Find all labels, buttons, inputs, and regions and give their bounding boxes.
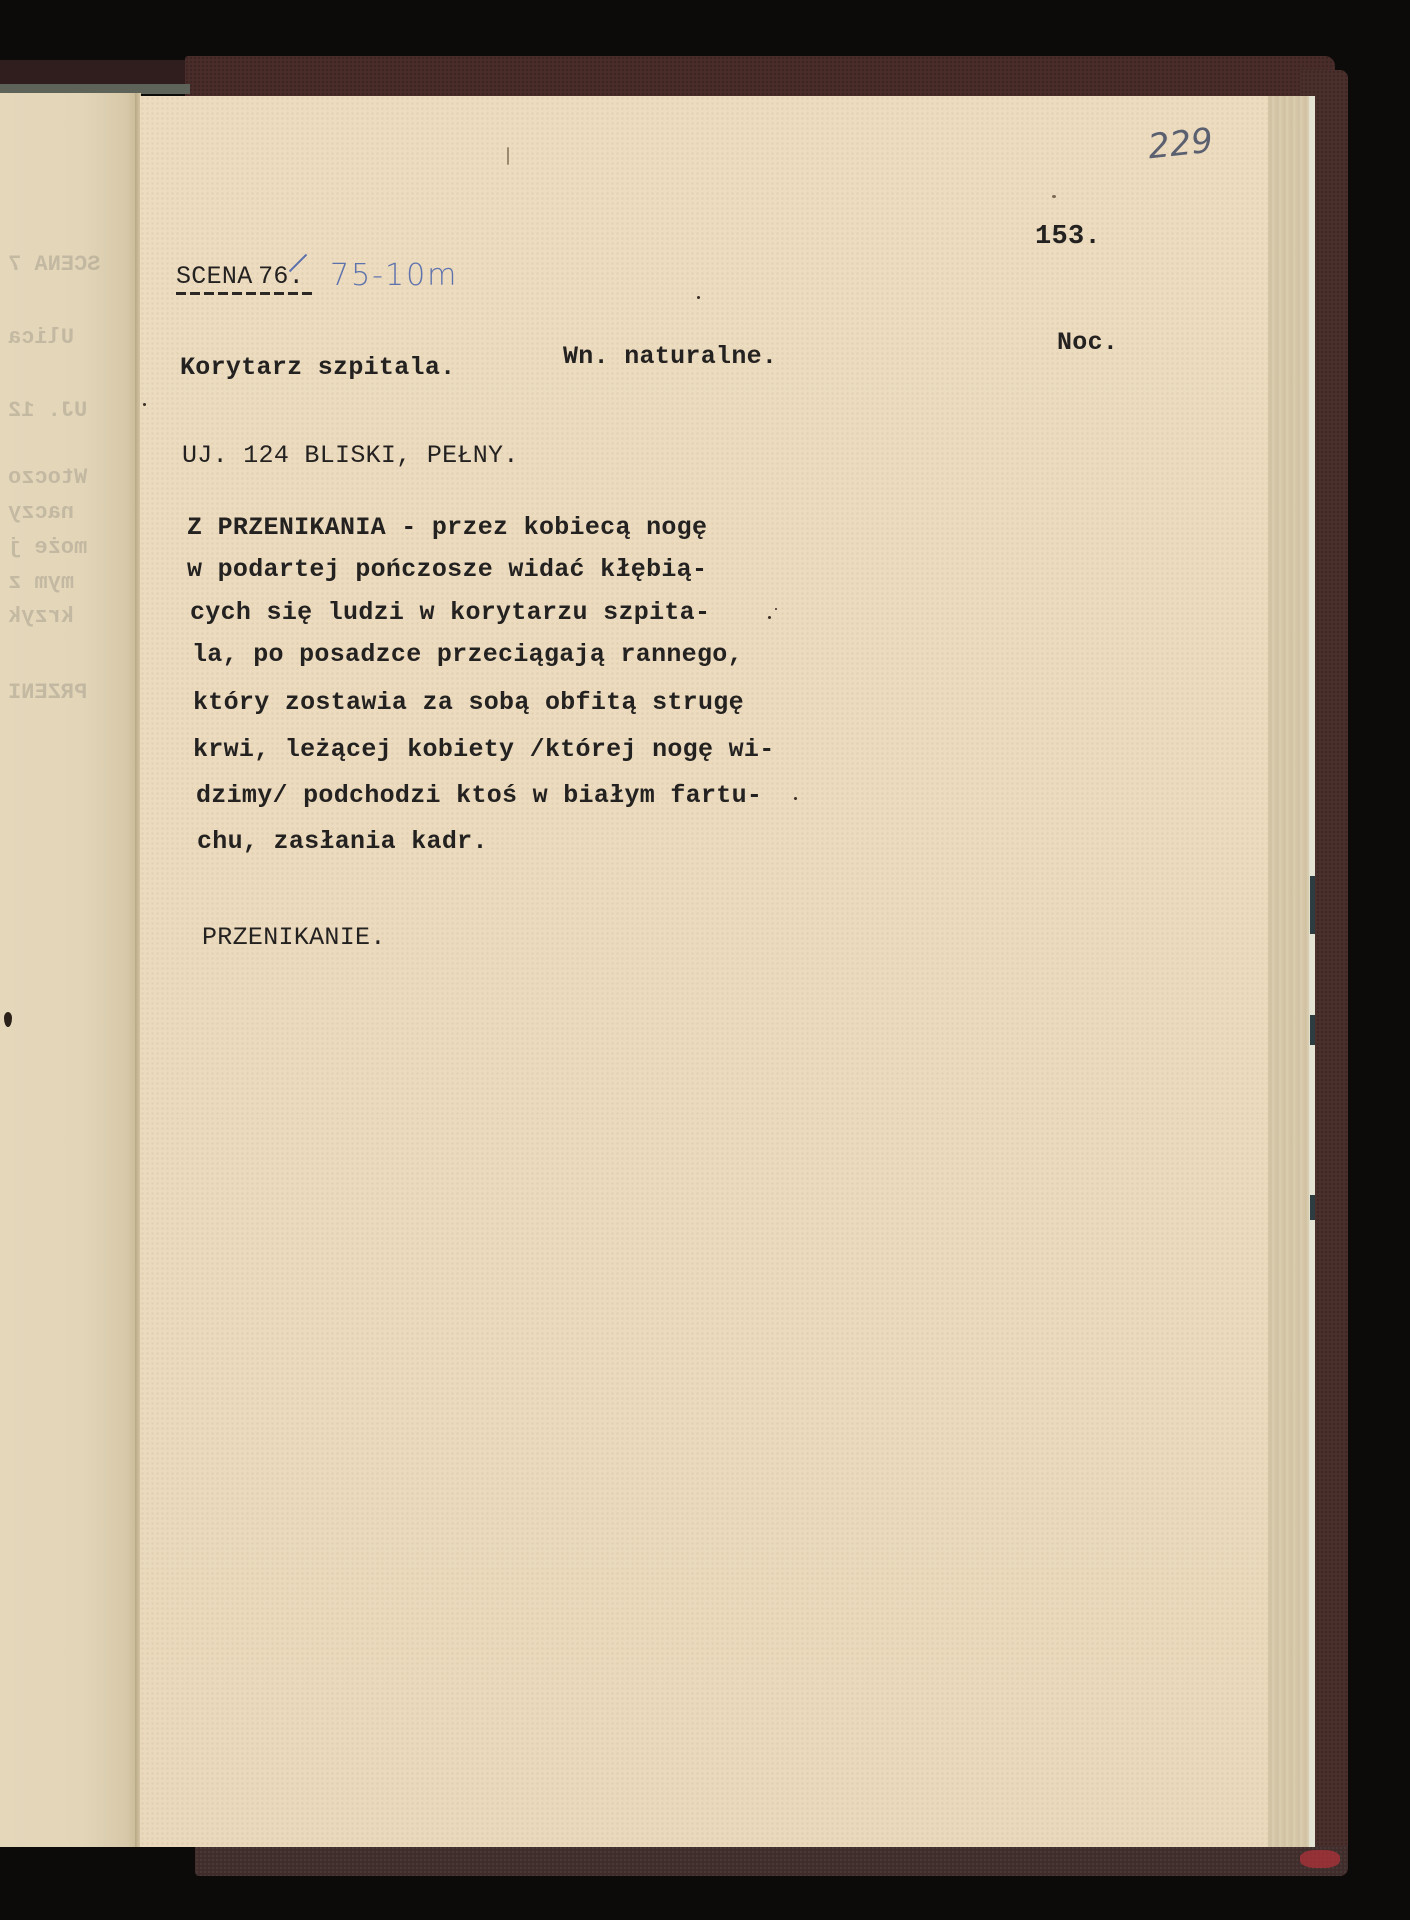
body-line: który zostawia za sobą obfitą strugę	[193, 690, 744, 715]
scene-heading: SCENA 76.	[176, 264, 304, 289]
edge-tab-mark	[1310, 1195, 1315, 1220]
edge-tab-mark	[1310, 876, 1315, 934]
body-line: dzimy/ podchodzi ktoś w białym fartu-	[196, 783, 762, 808]
body-line: chu, zasłania kadr.	[197, 829, 488, 854]
shot-description: UJ. 124 BLISKI, PEŁNY.	[182, 443, 519, 468]
scene-heading-underline	[176, 292, 316, 295]
page-fore-edge-strip	[1309, 96, 1315, 1847]
page-fore-edge	[1268, 96, 1310, 1847]
bleedthrough-line: może j	[8, 535, 87, 560]
body-line: krwi, leżącej kobiety /której nogę wi-	[193, 737, 775, 762]
scene-setting: Wn. naturalne.	[563, 344, 777, 369]
book-cover-top	[185, 56, 1335, 98]
bleedthrough-line: krzyk	[8, 604, 74, 629]
scene-label: SCENA	[176, 262, 253, 291]
bleedthrough-line: mym z	[8, 570, 74, 595]
body-line: Z PRZENIKANIA - przez kobiecą nogę	[187, 515, 707, 540]
scene-original-number: 76.	[258, 262, 304, 291]
bleedthrough-line: UJ. 12	[8, 398, 87, 423]
archive-page-number: 229	[1146, 121, 1215, 168]
edge-tab-mark	[1310, 1015, 1315, 1045]
handwritten-scene-correction: 75-10m	[330, 258, 458, 293]
bleedthrough-line: naczy	[8, 500, 74, 525]
left-page	[0, 93, 138, 1847]
book-cover-bottom	[195, 1846, 1348, 1876]
typed-page-number: 153.	[1035, 224, 1101, 251]
transition: PRZENIKANIE.	[202, 925, 386, 950]
body-line: la, po posadzce przeciągają rannego,	[192, 642, 743, 667]
body-line: w podartej pończosze widać kłębią-	[187, 557, 707, 582]
scene-time-of-day: Noc.	[1057, 330, 1118, 355]
bleedthrough-line: Ulica	[8, 325, 74, 350]
scene-location: Korytarz szpitala.	[180, 355, 455, 380]
bleedthrough-line: Wtoczo	[8, 465, 87, 490]
left-cover-edge	[0, 60, 185, 86]
bleedthrough-line: SCENA 7	[8, 252, 100, 277]
bleedthrough-line: PRZENI	[8, 680, 87, 705]
cover-corner-wear	[1300, 1850, 1340, 1868]
body-line: cych się ludzi w korytarzu szpita-	[190, 600, 710, 625]
